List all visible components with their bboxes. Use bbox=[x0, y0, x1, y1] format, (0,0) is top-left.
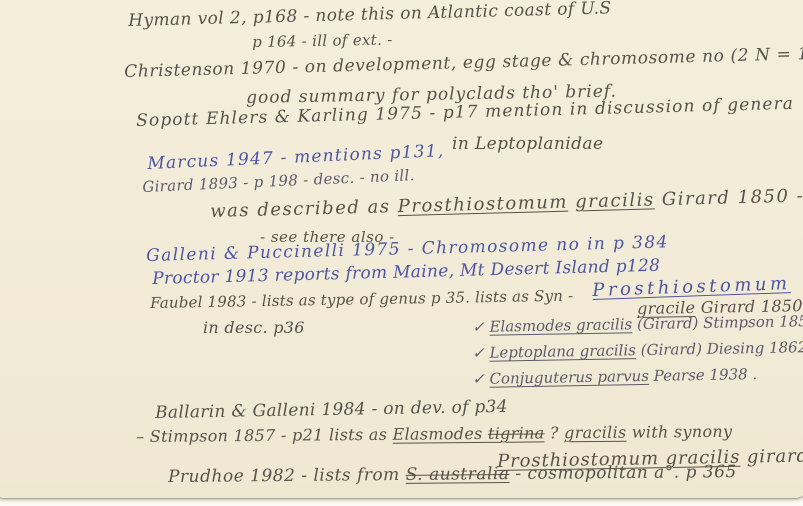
handwriting-segment: Elasmodes gracilis bbox=[489, 315, 632, 335]
line-prudhoe: Prudhoe 1982 - lists from S. australia -… bbox=[168, 463, 737, 487]
handwriting-segment: – bbox=[136, 427, 150, 446]
handwriting-segment: ✓ bbox=[472, 370, 490, 388]
handwriting-segment: ? bbox=[544, 423, 564, 442]
line-christenson: Christenson 1970 - on development, egg s… bbox=[124, 44, 803, 81]
index-card: Hyman vol 2, p168 - note this on Atlanti… bbox=[0, 0, 803, 498]
handwriting-segment: p 164 - ill of ext. - bbox=[252, 31, 393, 51]
line-syn-leptoplana: ✓ Leptoplana gracilis (Girard) Diesing 1… bbox=[472, 339, 803, 361]
handwriting-segment: S. australia bbox=[406, 464, 510, 485]
handwriting-segment: Faubel 1983 - lists as type of genus p 3… bbox=[150, 287, 573, 312]
handwriting-segment: (Girard) Diesing 1862 bbox=[636, 338, 803, 359]
handwriting-segment: - cosmopolitan a°. p 365 bbox=[509, 462, 737, 484]
line-hyman: Hyman vol 2, p168 - note this on Atlanti… bbox=[128, 0, 612, 31]
line-described-as: was described as Prosthiostomum gracilis… bbox=[210, 186, 803, 221]
handwriting-segment: in desc. p36 bbox=[203, 318, 305, 337]
handwriting-segment: Christenson 1970 - on development, egg s… bbox=[124, 43, 803, 82]
scanned-page: Hyman vol 2, p168 - note this on Atlanti… bbox=[0, 0, 803, 506]
handwriting-segment: (Girard) Stimpson 1857 bbox=[632, 312, 803, 333]
handwriting-segment: Leptoplana gracilis bbox=[489, 341, 636, 362]
line-syn-elasmodes: ✓ Elasmodes gracilis (Girard) Stimpson 1… bbox=[472, 313, 803, 336]
handwriting-segment: Pearse 1938 . bbox=[649, 365, 758, 385]
line-faubel: Faubel 1983 - lists as type of genus p 3… bbox=[150, 288, 573, 312]
line-faubel-2: in desc. p36 bbox=[203, 319, 305, 337]
handwriting-segment: ✓ bbox=[472, 344, 490, 362]
handwriting-segment: Girard 1850 - bbox=[654, 185, 803, 210]
handwriting-segment: in Leptoplanidae bbox=[452, 134, 603, 154]
line-sopott-ehlers-2: in Leptoplanidae bbox=[452, 135, 603, 154]
handwriting-segment: Ballarin & Galleni 1984 - on dev. of p34 bbox=[155, 397, 508, 423]
handwriting-segment: ✓ bbox=[472, 318, 490, 336]
handwriting-segment: gracilis bbox=[564, 423, 627, 443]
line-stimpson: – Stimpson 1857 - p21 lists as Elasmodes… bbox=[136, 423, 732, 446]
handwriting-segment: Hyman vol 2, p168 - note this on Atlanti… bbox=[128, 0, 612, 31]
handwriting-segment: Prudhoe 1982 - lists from bbox=[168, 465, 406, 487]
handwriting-segment: Conjuguterus parvus bbox=[489, 367, 649, 388]
handwriting-segment: tigrina bbox=[488, 423, 545, 442]
handwriting-segment: Elasmodes bbox=[393, 424, 489, 444]
line-syn-conjuguterus: ✓ Conjuguterus parvus Pearse 1938 . bbox=[472, 366, 757, 387]
handwriting-segment: with synony bbox=[626, 422, 732, 442]
line-hyman-2: p 164 - ill of ext. - bbox=[252, 32, 393, 51]
line-ballarin: Ballarin & Galleni 1984 - on dev. of p34 bbox=[155, 398, 508, 423]
handwriting-segment: gracilis bbox=[575, 189, 655, 212]
handwriting-segment: Prosthiostomum bbox=[397, 192, 568, 217]
handwriting-segment: girard bbox=[740, 446, 803, 468]
handwriting-segment: Stimpson 1857 - p21 lists as bbox=[150, 425, 393, 446]
handwriting-segment: was described as bbox=[210, 196, 398, 222]
